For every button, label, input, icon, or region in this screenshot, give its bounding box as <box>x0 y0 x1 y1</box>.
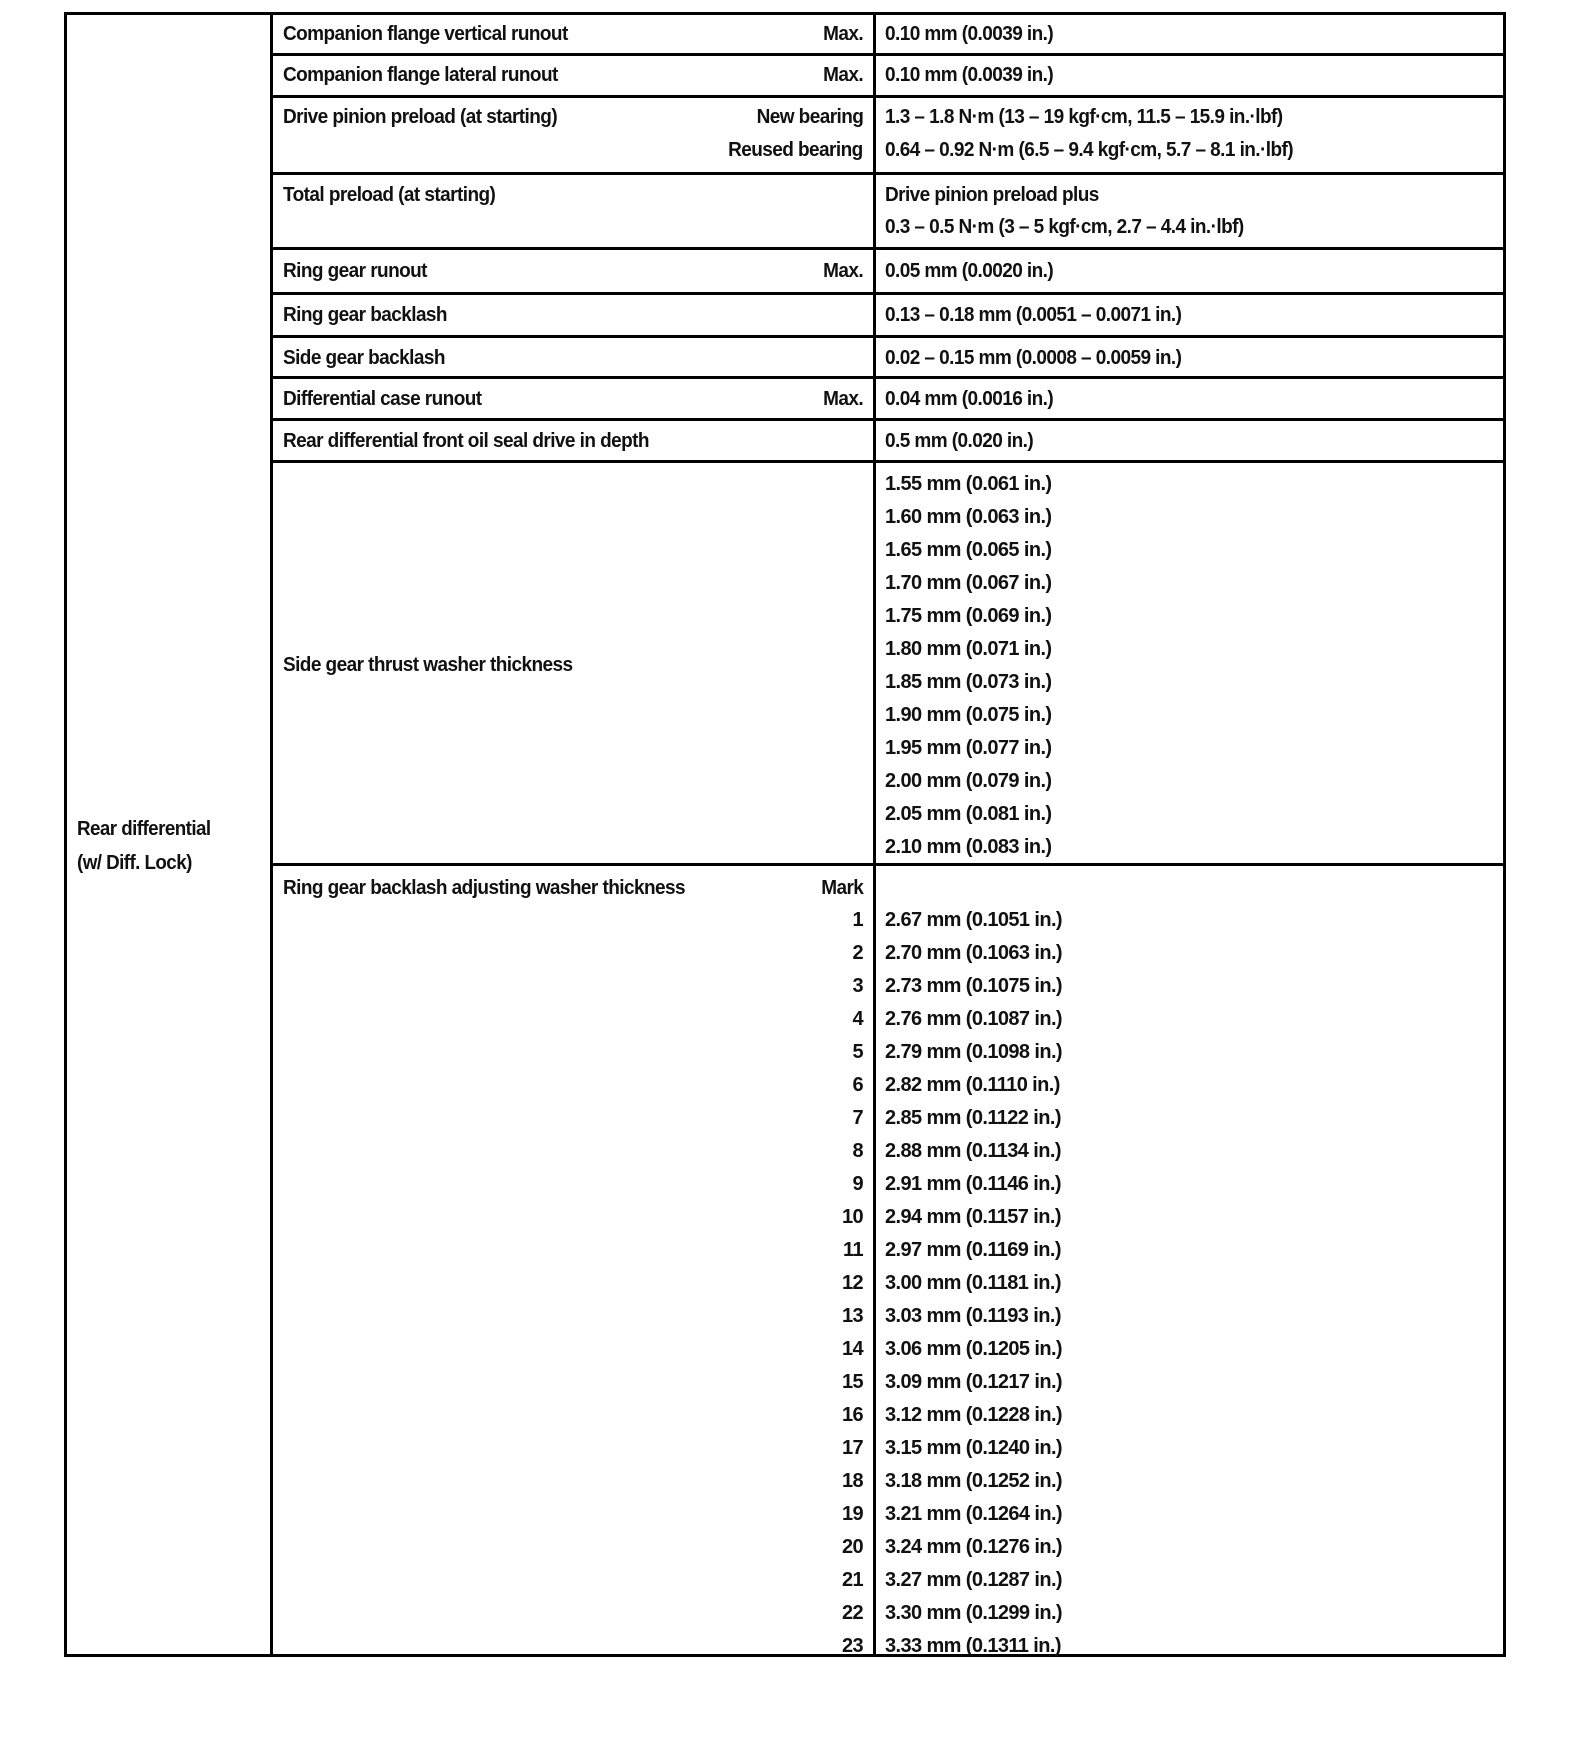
list-item: 3.33 mm (0.1311 in.) <box>885 1630 1061 1663</box>
mark-number: 1 <box>852 904 863 937</box>
mark-number: 22 <box>842 1597 863 1630</box>
list-item: 1.80 mm (0.071 in.) <box>885 633 1051 666</box>
item-name: Drive pinion preload (at starting) <box>283 105 557 129</box>
list-item: 3.18 mm (0.1252 in.) <box>885 1465 1062 1498</box>
list-item: 3.21 mm (0.1264 in.) <box>885 1498 1062 1531</box>
item-qualifier: Max. <box>823 22 863 46</box>
table-row: Ring gear backlash 0.13 – 0.18 mm (0.005… <box>273 295 1506 338</box>
list-item: 2.88 mm (0.1134 in.) <box>885 1135 1061 1168</box>
item-cell: Drive pinion preload (at starting) New b… <box>273 98 876 172</box>
item-name: Side gear backlash <box>283 346 445 370</box>
mark-number: 6 <box>852 1069 863 1102</box>
item-cell: Companion flange lateral runout Max. <box>273 56 876 95</box>
item-qualifier: Reused bearing <box>728 138 863 162</box>
list-item: 2.82 mm (0.1110 in.) <box>885 1069 1060 1102</box>
item-name: Ring gear backlash adjusting washer thic… <box>283 876 685 900</box>
value-cell: 2.67 mm (0.1051 in.)2.70 mm (0.1063 in.)… <box>876 866 1506 1657</box>
table-row: Ring gear backlash adjusting washer thic… <box>273 866 1506 1657</box>
list-item: 2.05 mm (0.081 in.) <box>885 798 1051 831</box>
mark-number: 12 <box>842 1267 863 1300</box>
table-row: Companion flange vertical runout Max. 0.… <box>273 15 1506 56</box>
table-row: Side gear backlash 0.02 – 0.15 mm (0.000… <box>273 338 1506 379</box>
mark-number: 8 <box>852 1135 863 1168</box>
list-item: 1.65 mm (0.065 in.) <box>885 534 1051 567</box>
list-item: 2.97 mm (0.1169 in.) <box>885 1234 1061 1267</box>
list-item: 3.30 mm (0.1299 in.) <box>885 1597 1062 1630</box>
value-text: 0.10 mm (0.0039 in.) <box>885 63 1053 87</box>
mark-number: 13 <box>842 1300 863 1333</box>
list-item: 3.15 mm (0.1240 in.) <box>885 1432 1062 1465</box>
mark-number: 23 <box>842 1630 863 1663</box>
mark-number: 4 <box>852 1003 863 1036</box>
value-text: 1.3 – 1.8 N·m (13 – 19 kgf·cm, 11.5 – 15… <box>885 105 1283 129</box>
spec-table: Rear differential (w/ Diff. Lock) Compan… <box>64 12 1506 1657</box>
value-cell: 0.04 mm (0.0016 in.) <box>876 379 1506 418</box>
item-cell: Ring gear backlash adjusting washer thic… <box>273 866 876 1657</box>
list-item: 1.95 mm (0.077 in.) <box>885 732 1051 765</box>
table-row: Drive pinion preload (at starting) New b… <box>273 98 1506 175</box>
list-item: 2.00 mm (0.079 in.) <box>885 765 1051 798</box>
mark-number: 2 <box>852 937 863 970</box>
value-text: 0.04 mm (0.0016 in.) <box>885 387 1053 411</box>
list-item: 3.09 mm (0.1217 in.) <box>885 1366 1062 1399</box>
list-item: 2.94 mm (0.1157 in.) <box>885 1201 1061 1234</box>
list-item: 3.03 mm (0.1193 in.) <box>885 1300 1061 1333</box>
category-line-1: Rear differential <box>77 812 211 846</box>
item-name: Ring gear runout <box>283 259 427 283</box>
item-cell: Rear differential front oil seal drive i… <box>273 421 876 460</box>
table-row: Ring gear runout Max. 0.05 mm (0.0020 in… <box>273 250 1506 295</box>
list-item: 2.76 mm (0.1087 in.) <box>885 1003 1062 1036</box>
category-cell: Rear differential (w/ Diff. Lock) <box>67 15 273 1654</box>
item-qualifier: Max. <box>823 259 863 283</box>
mark-number: 15 <box>842 1366 863 1399</box>
list-item: 1.85 mm (0.073 in.) <box>885 666 1051 699</box>
category-label: Rear differential (w/ Diff. Lock) <box>77 812 211 880</box>
list-item: 2.79 mm (0.1098 in.) <box>885 1036 1062 1069</box>
mark-number: 11 <box>843 1234 863 1267</box>
item-name: Rear differential front oil seal drive i… <box>283 429 649 453</box>
value-text: 0.05 mm (0.0020 in.) <box>885 259 1053 283</box>
mark-number: 20 <box>842 1531 863 1564</box>
value-cell: 1.3 – 1.8 N·m (13 – 19 kgf·cm, 11.5 – 15… <box>876 98 1506 172</box>
item-cell: Ring gear backlash <box>273 295 876 335</box>
table-row: Rear differential front oil seal drive i… <box>273 421 1506 463</box>
list-item: 2.73 mm (0.1075 in.) <box>885 970 1062 1003</box>
value-cell: 0.13 – 0.18 mm (0.0051 – 0.0071 in.) <box>876 295 1506 335</box>
value-cell: Drive pinion preload plus 0.3 – 0.5 N·m … <box>876 175 1506 247</box>
list-item: 1.75 mm (0.069 in.) <box>885 600 1051 633</box>
item-qualifier: Max. <box>823 387 863 411</box>
category-line-2: (w/ Diff. Lock) <box>77 846 211 880</box>
item-name: Ring gear backlash <box>283 303 447 327</box>
list-item: 2.67 mm (0.1051 in.) <box>885 904 1062 937</box>
mark-number: 3 <box>852 970 863 1003</box>
item-cell: Side gear thrust washer thickness <box>273 463 876 863</box>
value-text: 0.5 mm (0.020 in.) <box>885 429 1033 453</box>
value-cell: 0.10 mm (0.0039 in.) <box>876 15 1506 53</box>
value-cell: 1.55 mm (0.061 in.)1.60 mm (0.063 in.)1.… <box>876 463 1506 863</box>
mark-number: 18 <box>842 1465 863 1498</box>
list-item: 2.91 mm (0.1146 in.) <box>885 1168 1061 1201</box>
item-name: Side gear thrust washer thickness <box>283 653 573 677</box>
list-item: 1.60 mm (0.063 in.) <box>885 501 1051 534</box>
value-cell: 0.5 mm (0.020 in.) <box>876 421 1506 460</box>
value-cell: 0.05 mm (0.0020 in.) <box>876 250 1506 292</box>
table-row: Side gear thrust washer thickness 1.55 m… <box>273 463 1506 866</box>
item-cell: Ring gear runout Max. <box>273 250 876 292</box>
item-qualifier: New bearing <box>756 105 863 129</box>
list-item: 3.00 mm (0.1181 in.) <box>885 1267 1061 1300</box>
list-item: 3.27 mm (0.1287 in.) <box>885 1564 1062 1597</box>
list-item: 3.06 mm (0.1205 in.) <box>885 1333 1062 1366</box>
item-name: Total preload (at starting) <box>283 183 495 207</box>
mark-number: 17 <box>842 1432 863 1465</box>
mark-number: 10 <box>842 1201 863 1234</box>
mark-number: 7 <box>852 1102 863 1135</box>
list-item: 1.55 mm (0.061 in.) <box>885 468 1051 501</box>
list-item: 1.70 mm (0.067 in.) <box>885 567 1051 600</box>
item-name: Companion flange lateral runout <box>283 63 558 87</box>
list-item: 3.24 mm (0.1276 in.) <box>885 1531 1062 1564</box>
item-cell: Differential case runout Max. <box>273 379 876 418</box>
table-row: Differential case runout Max. 0.04 mm (0… <box>273 379 1506 421</box>
mark-number: 16 <box>842 1399 863 1432</box>
table-row: Total preload (at starting) Drive pinion… <box>273 175 1506 250</box>
mark-number: 9 <box>852 1168 863 1201</box>
list-item: 2.85 mm (0.1122 in.) <box>885 1102 1061 1135</box>
mark-number: 14 <box>842 1333 863 1366</box>
value-cell: 0.02 – 0.15 mm (0.0008 – 0.0059 in.) <box>876 338 1506 376</box>
list-item: 2.10 mm (0.083 in.) <box>885 831 1051 864</box>
list-item: 2.70 mm (0.1063 in.) <box>885 937 1062 970</box>
list-item: 1.90 mm (0.075 in.) <box>885 699 1051 732</box>
mark-number: 21 <box>842 1564 863 1597</box>
list-item: 3.12 mm (0.1228 in.) <box>885 1399 1062 1432</box>
mark-number: 19 <box>842 1498 863 1531</box>
item-cell: Total preload (at starting) <box>273 175 876 247</box>
value-text: 0.13 – 0.18 mm (0.0051 – 0.0071 in.) <box>885 303 1181 327</box>
item-qualifier: Max. <box>823 63 863 87</box>
value-text: 0.3 – 0.5 N·m (3 – 5 kgf·cm, 2.7 – 4.4 i… <box>885 215 1244 239</box>
mark-header: Mark <box>821 876 863 900</box>
value-text: 0.10 mm (0.0039 in.) <box>885 22 1053 46</box>
item-cell: Companion flange vertical runout Max. <box>273 15 876 53</box>
value-text: 0.64 – 0.92 N·m (6.5 – 9.4 kgf·cm, 5.7 –… <box>885 138 1293 162</box>
value-text: Drive pinion preload plus <box>885 183 1099 207</box>
item-name: Differential case runout <box>283 387 482 411</box>
mark-number: 5 <box>852 1036 863 1069</box>
item-name: Companion flange vertical runout <box>283 22 568 46</box>
table-row: Companion flange lateral runout Max. 0.1… <box>273 56 1506 98</box>
item-cell: Side gear backlash <box>273 338 876 376</box>
value-text: 0.02 – 0.15 mm (0.0008 – 0.0059 in.) <box>885 346 1181 370</box>
value-cell: 0.10 mm (0.0039 in.) <box>876 56 1506 95</box>
